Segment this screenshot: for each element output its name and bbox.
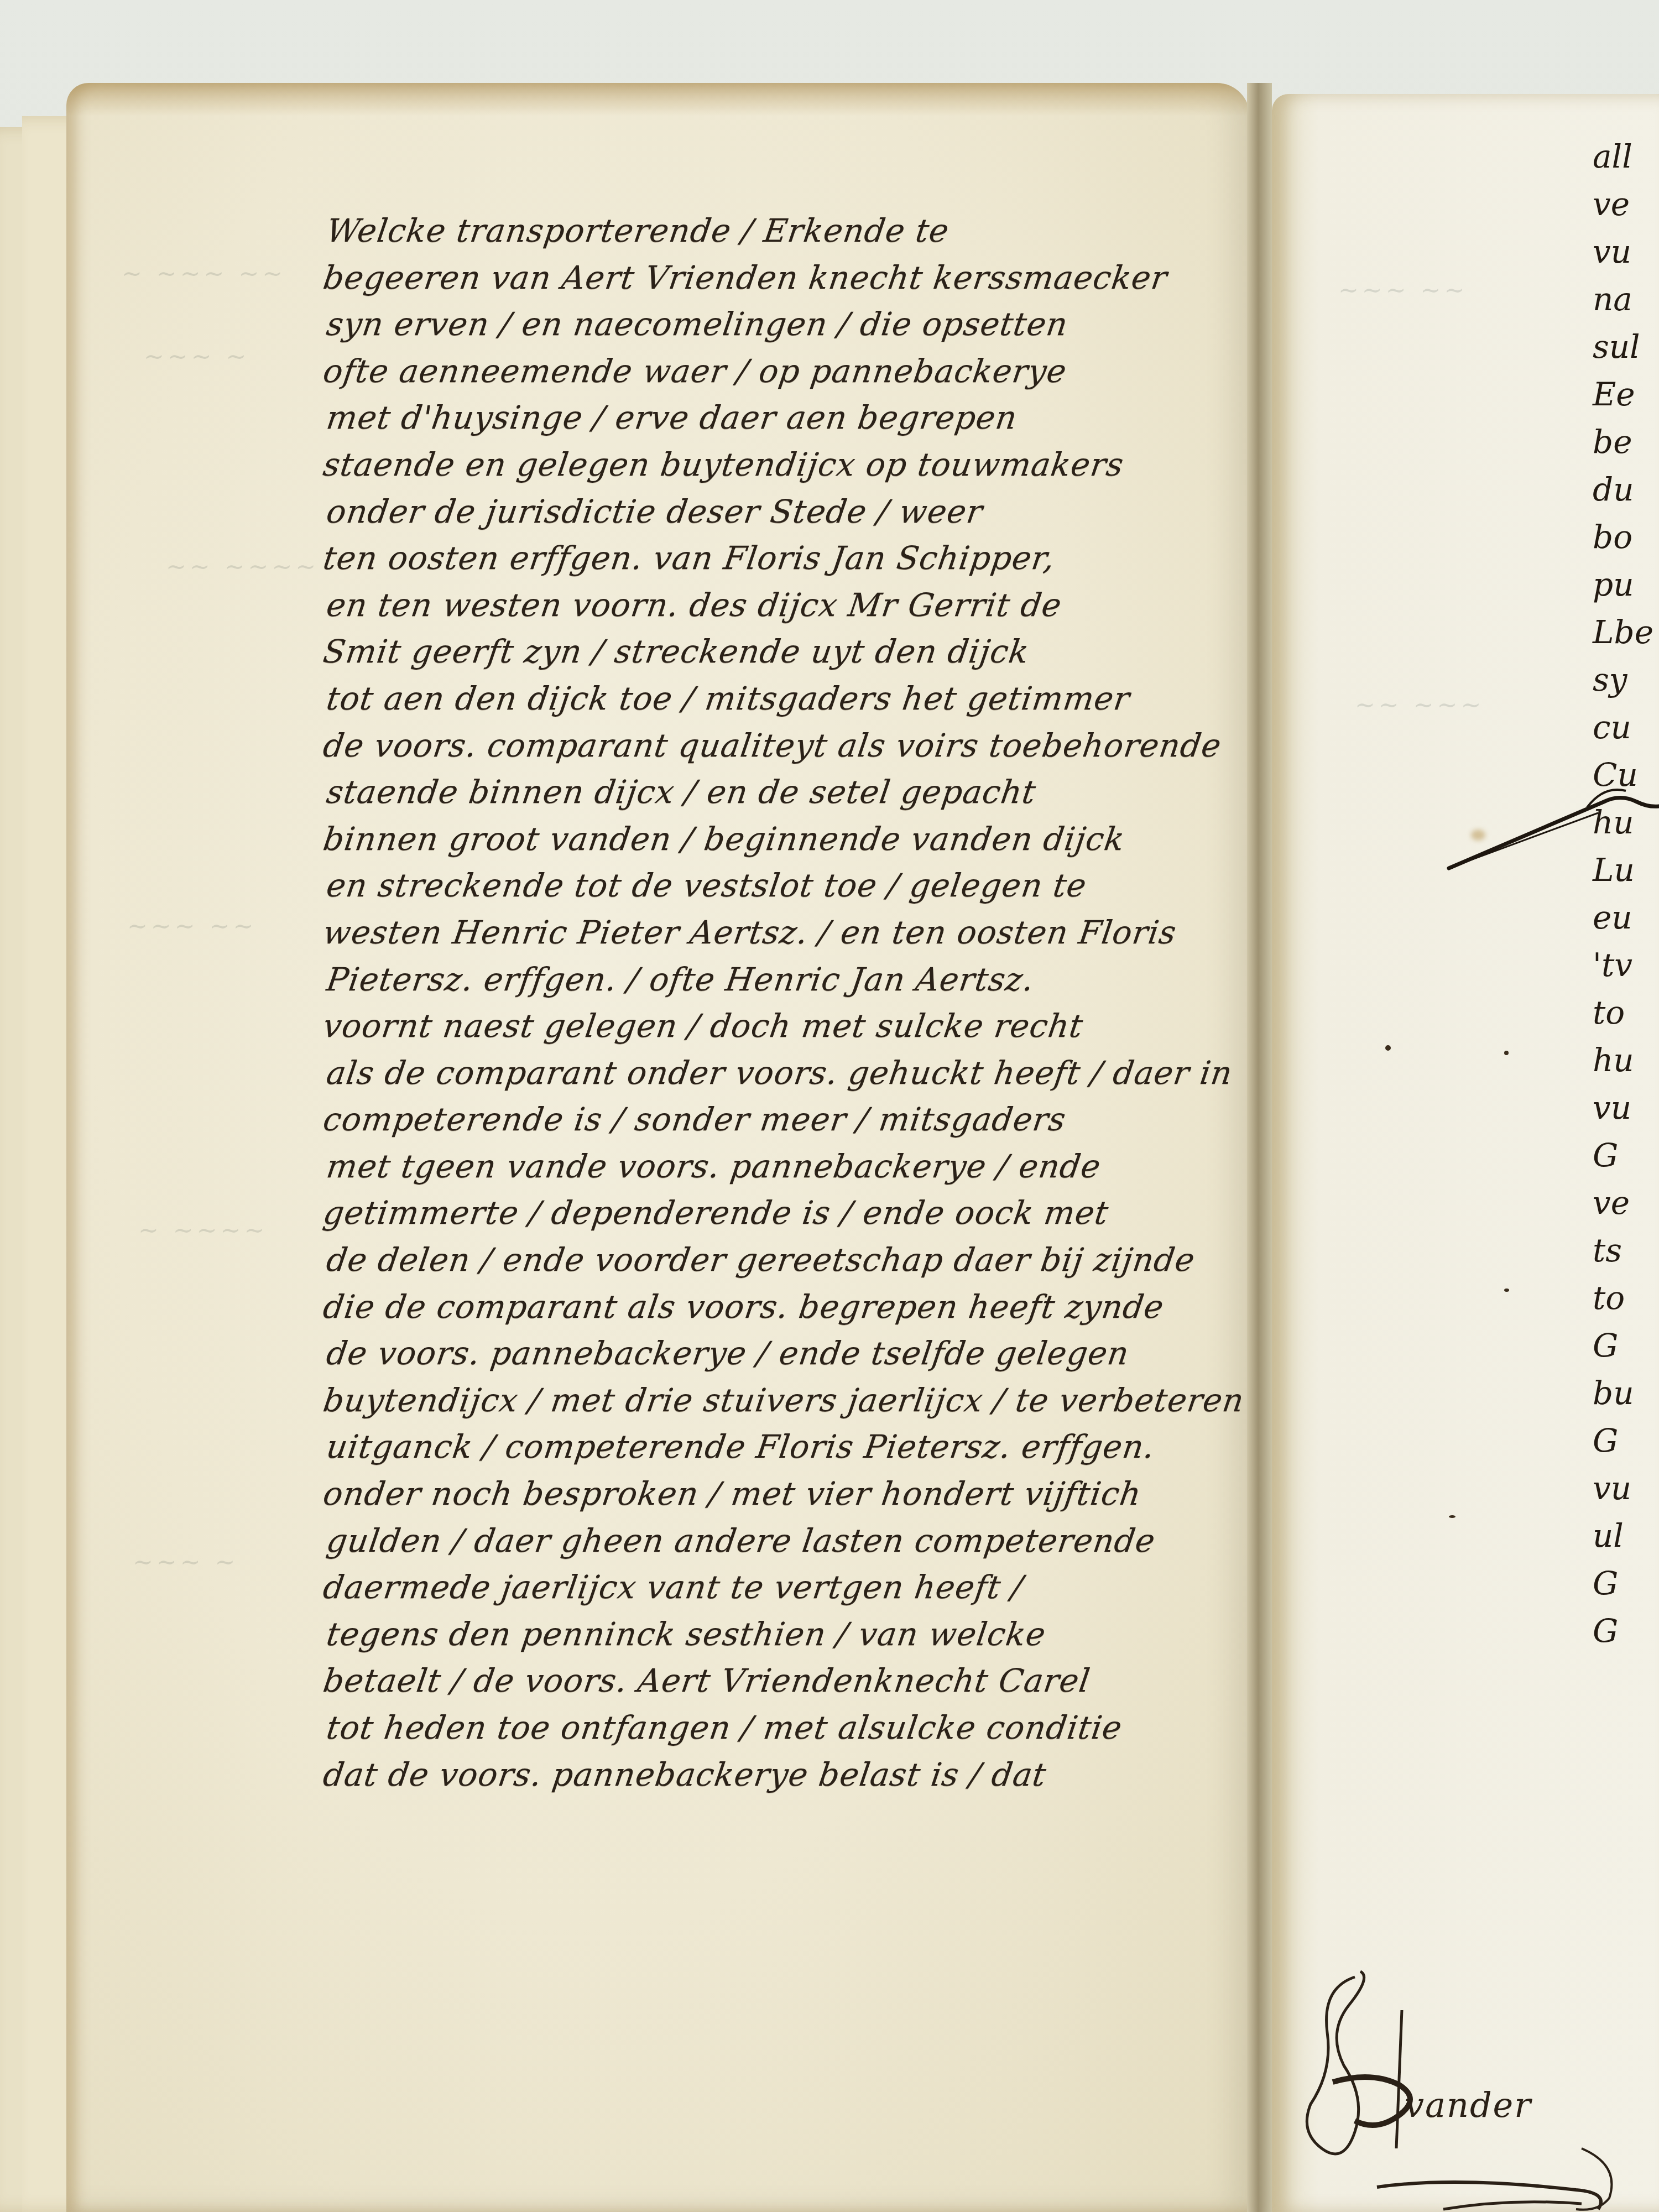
bleed-through-text: ~ ~~~~: [138, 1217, 268, 1245]
manuscript-line: die de comparant als voors. begrepen hee…: [320, 1284, 1267, 1331]
manuscript-line: uitganck / competerende Floris Pietersz.…: [324, 1423, 1267, 1470]
manuscript-line: tot aen den dijck toe / mitsgaders het g…: [324, 675, 1267, 722]
right-page-line: du: [1593, 466, 1659, 513]
right-page-line: ve: [1593, 180, 1659, 228]
right-page-line: na: [1593, 275, 1659, 323]
bleed-through-text: ~~ ~~~~: [166, 553, 319, 581]
right-page-line: sy: [1593, 656, 1659, 703]
right-page-line: ve: [1593, 1179, 1659, 1227]
ink-spot: [1504, 1051, 1509, 1055]
pen-flourish-icon: [1438, 763, 1659, 874]
manuscript-line: buytendijcx / met drie stuivers jaerlijc…: [320, 1377, 1267, 1424]
ink-spot: [1449, 1515, 1455, 1518]
manuscript-line: met d'huysinge / erve daer aen begrepen: [324, 394, 1267, 441]
right-page-line: hu: [1593, 1036, 1659, 1084]
right-page-line: vu: [1593, 1084, 1659, 1131]
manuscript-line: tot heden toe ontfangen / met alsulcke c…: [324, 1704, 1267, 1751]
manuscript-line: ten oosten erffgen. van Floris Jan Schip…: [320, 535, 1267, 582]
right-page-line: G: [1593, 1417, 1659, 1464]
manuscript-line: begeeren van Aert Vrienden knecht kerssm…: [320, 254, 1267, 301]
bleed-through-text: ~~ ~~~: [1355, 691, 1484, 719]
right-page-line: to: [1593, 1274, 1659, 1322]
right-page-line: ts: [1593, 1227, 1659, 1274]
manuscript-line: syn erven / en naecomelingen / die opset…: [324, 301, 1267, 348]
bleed-through-text: ~~~ ~~: [1338, 276, 1468, 305]
manuscript-line: onder noch besproken / met vier hondert …: [320, 1470, 1267, 1517]
manuscript-line: de voors. pannebackerye / ende tselfde g…: [324, 1330, 1267, 1377]
manuscript-line: en streckende tot de vestslot toe / gele…: [324, 862, 1267, 909]
right-page-line: pu: [1593, 561, 1659, 608]
right-page-line: bu: [1593, 1369, 1659, 1417]
right-page-line: vu: [1593, 1464, 1659, 1512]
right-page-line: eu: [1593, 894, 1659, 941]
ink-spot: [1385, 1045, 1391, 1051]
bleed-through-text: ~~~ ~~: [127, 912, 257, 941]
right-page-line: ul: [1593, 1512, 1659, 1559]
right-page-line: Ee: [1593, 371, 1659, 418]
right-page-line: cu: [1593, 703, 1659, 751]
manuscript-line: ofte aenneemende waer / op pannebackerye: [320, 348, 1267, 395]
ink-spot: [1504, 1288, 1509, 1292]
manuscript-line: Pietersz. erffgen. / ofte Henric Jan Aer…: [324, 956, 1267, 1003]
right-page-line: vu: [1593, 228, 1659, 275]
bleed-through-text: ~~~ ~: [133, 1548, 238, 1577]
manuscript-line: onder de jurisdictie deser Stede / weer: [324, 488, 1267, 535]
manuscript-line: met tgeen vande voors. pannebackerye / e…: [324, 1143, 1267, 1190]
manuscript-photo: ~ ~~~ ~~ ~~~ ~ ~~ ~~~~ ~~~ ~~ ~ ~~~~ ~~~…: [0, 0, 1659, 2212]
right-page-text-fragments: all ve vu na sul Ee be du bo pu Lbe sy c…: [1593, 133, 1659, 1655]
manuscript-line: westen Henric Pieter Aertsz. / en ten oo…: [320, 909, 1267, 956]
manuscript-line: voornt naest gelegen / doch met sulcke r…: [320, 1003, 1267, 1050]
right-page-line: all: [1593, 133, 1659, 180]
manuscript-line: competerende is / sonder meer / mitsgade…: [320, 1096, 1267, 1143]
manuscript-line: tegens den penninck sesthien / van welck…: [324, 1611, 1267, 1658]
manuscript-line: dat de voors. pannebackerye belast is / …: [320, 1751, 1267, 1798]
manuscript-line: en ten westen voorn. des dijcx Mr Gerrit…: [324, 582, 1267, 629]
right-page-line: G: [1593, 1559, 1659, 1607]
manuscript-line: Welcke transporterende / Erkende te: [324, 207, 1267, 254]
manuscript-line: de voors. comparant qualiteyt als voirs …: [320, 722, 1267, 769]
manuscript-line: de delen / ende voorder gereetschap daer…: [324, 1237, 1267, 1284]
manuscript-line: staende binnen dijcx / en de setel gepac…: [324, 769, 1267, 816]
right-page-line: to: [1593, 989, 1659, 1036]
right-page-line: be: [1593, 418, 1659, 466]
manuscript-line: betaelt / de voors. Aert Vriendenknecht …: [320, 1657, 1267, 1704]
manuscript-line: daermede jaerlijcx vant te vertgen heeft…: [320, 1564, 1267, 1611]
manuscript-line: Smit geerft zyn / streckende uyt den dij…: [320, 628, 1267, 675]
manuscript-line: staende en gelegen buytendijcx op touwma…: [320, 441, 1267, 488]
right-page-line: bo: [1593, 513, 1659, 561]
manuscript-line: getimmerte / dependerende is / ende oock…: [320, 1190, 1267, 1237]
signature-name: vander: [1405, 2085, 1532, 2125]
manuscript-body-text: Welcke transporterende / Erkende te bege…: [324, 207, 1264, 1798]
right-page-line: G: [1593, 1131, 1659, 1179]
manuscript-line: binnen groot vanden / beginnende vanden …: [320, 816, 1267, 863]
right-page-line: Lbe: [1593, 608, 1659, 656]
bleed-through-text: ~~~ ~: [144, 343, 249, 371]
manuscript-line: als de comparant onder voors. gehuckt he…: [324, 1050, 1267, 1097]
right-page-line: G: [1593, 1607, 1659, 1655]
bleed-through-text: ~ ~~~ ~~: [122, 260, 286, 288]
right-page-line: sul: [1593, 323, 1659, 371]
right-page-line: G: [1593, 1322, 1659, 1369]
manuscript-line: gulden / daer gheen andere lasten compet…: [324, 1517, 1267, 1564]
right-page-line: 'tv: [1593, 941, 1659, 989]
